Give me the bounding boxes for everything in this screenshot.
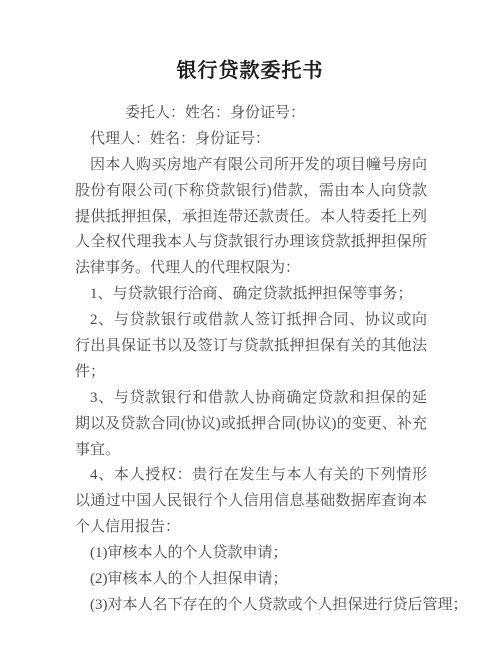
document-title: 银行贷款委托书	[0, 58, 500, 84]
text-line: 因本人购买房地产有限公司所开发的项目幢号房向银行	[75, 153, 427, 179]
text-line: 人全权代理我本人与贷款银行办理该贷款抵押担保所涉的	[75, 230, 427, 256]
text-line: 以通过中国人民银行个人信用信息基础数据库查询本人的	[75, 489, 427, 515]
text-line: (1)审核本人的个人贷款申请；	[75, 541, 427, 567]
text-line: 3、与贷款银行和借款人协商确定贷款和担保的延期、展	[75, 386, 427, 412]
text-line: 代理人：姓名：身份证号：	[75, 127, 427, 153]
text-line: 4、本人授权：贵行在发生与本人有关的下列情形时，可	[75, 463, 427, 489]
document-body: 委托人：姓名：身份证号：代理人：姓名：身份证号：因本人购买房地产有限公司所开发的…	[75, 101, 427, 619]
text-line: 股份有限公司(下称贷款银行)借款，需由本人向贷款银行	[75, 179, 427, 205]
text-line: 1、与贷款银行洽商、确定贷款抵押担保等事务；	[75, 282, 427, 308]
text-line: 事宜。	[75, 438, 427, 464]
text-line: (3)对本人名下存在的个人贷款或个人担保进行贷后管理；	[75, 593, 427, 619]
text-line: 件；	[75, 360, 427, 386]
text-line: 个人信用报告：	[75, 515, 427, 541]
text-line: 法律事务。代理人的代理权限为：	[75, 256, 427, 282]
text-line: (2)审核本人的个人担保申请；	[75, 567, 427, 593]
text-line: 2、与贷款银行或借款人签订抵押合同、协议或向贷款银	[75, 308, 427, 334]
text-line: 期以及贷款合同(协议)或抵押合同(协议)的变更、补充等	[75, 412, 427, 438]
document-page: 银行贷款委托书 委托人：姓名：身份证号：代理人：姓名：身份证号：因本人购买房地产…	[0, 0, 500, 658]
text-line: 行出具保证书以及签订与贷款抵押担保有关的其他法律文	[75, 334, 427, 360]
text-line: 委托人：姓名：身份证号：	[75, 101, 427, 127]
text-line: 提供抵押担保，承担连带还款责任。本人特委托上列代理	[75, 205, 427, 231]
